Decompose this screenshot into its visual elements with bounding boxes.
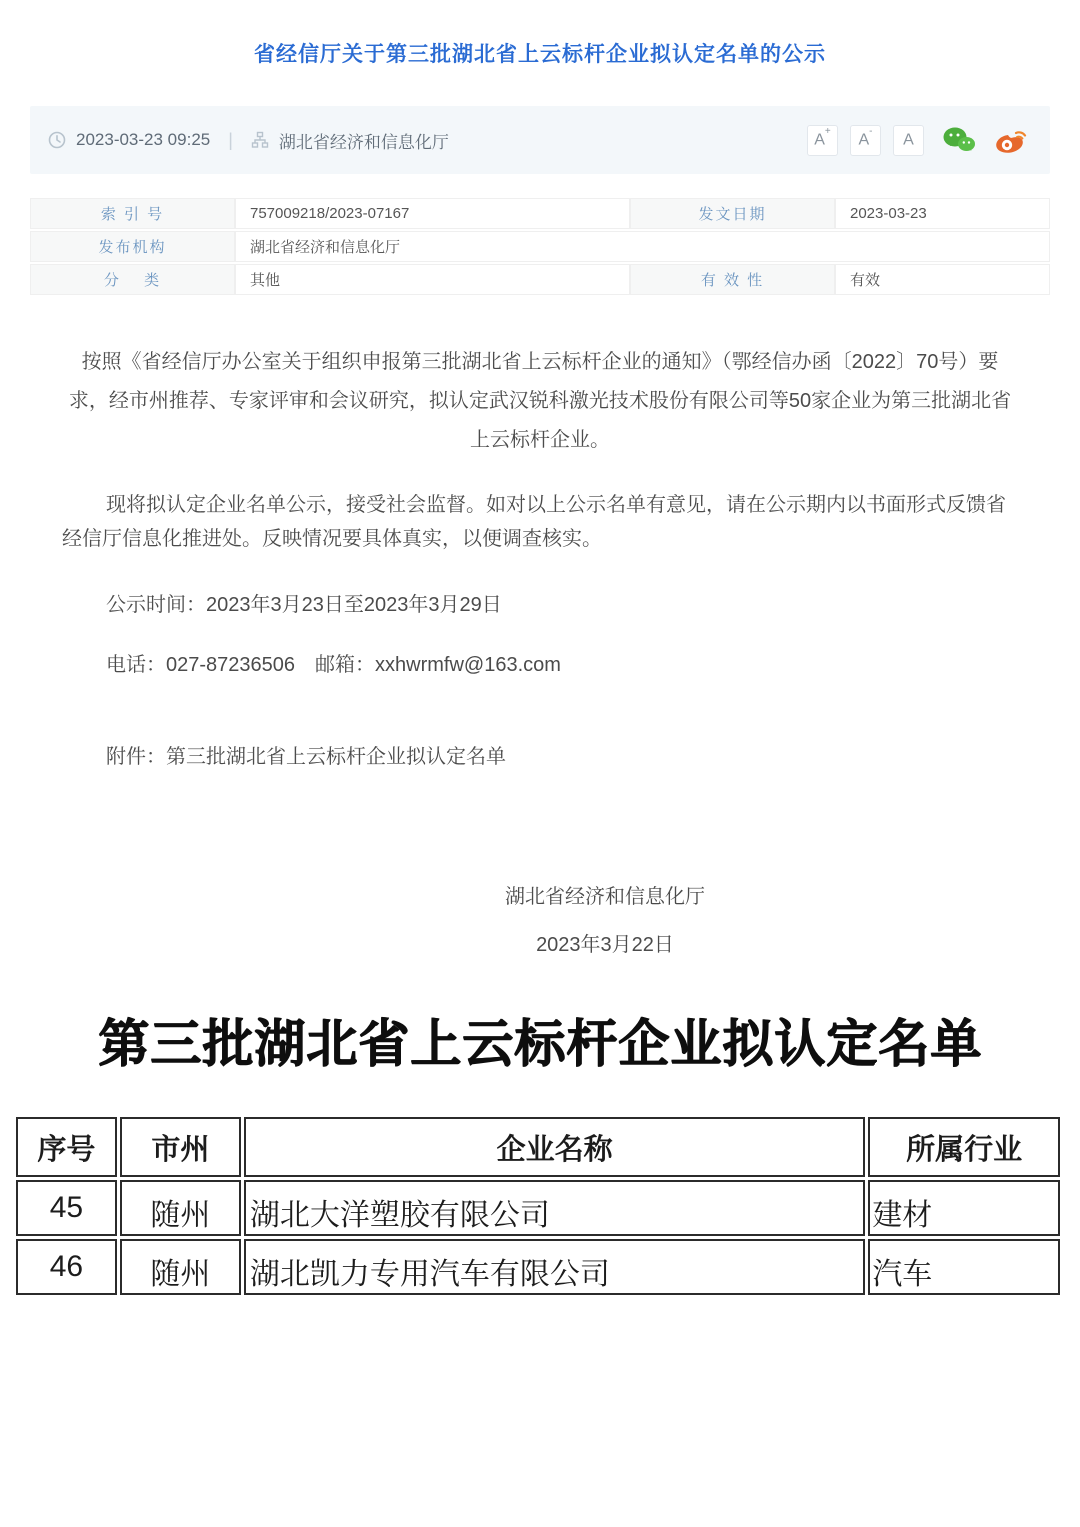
contact-line: 电话：027-87236506 邮箱：xxhwrmfw@163.com bbox=[62, 648, 1018, 682]
info-row-index: 索 引 号 757009218/2023-07167 发文日期 2023-03-… bbox=[30, 198, 1050, 229]
document-info-table: 索 引 号 757009218/2023-07167 发文日期 2023-03-… bbox=[30, 196, 1050, 297]
issuer-label: 发布机构 bbox=[30, 231, 235, 262]
cell-seq: 46 bbox=[16, 1239, 117, 1295]
cell-industry: 建材 bbox=[868, 1180, 1060, 1236]
signature-organization: 湖北省经济和信息化厅 bbox=[192, 882, 1018, 912]
source-organization: 湖北省经济和信息化厅 bbox=[279, 128, 449, 153]
publicity-period-line: 公示时间：2023年3月23日至2023年3月29日 bbox=[62, 588, 1018, 622]
column-header-seq: 序号 bbox=[16, 1117, 117, 1177]
wechat-share-icon[interactable] bbox=[942, 125, 976, 155]
publish-datetime: 2023-03-23 09:25 bbox=[76, 130, 210, 150]
enterprise-list-table: 序号 市州 企业名称 所属行业 45 随州 湖北大洋塑胶有限公司 建材 46 随… bbox=[13, 1114, 1063, 1298]
meta-actions: A+ A- A bbox=[807, 125, 1028, 156]
attachment-title: 第三批湖北省上云标杆企业拟认定名单 bbox=[0, 1002, 1080, 1076]
issue-date-label: 发文日期 bbox=[630, 198, 835, 229]
table-header-row: 序号 市州 企业名称 所属行业 bbox=[16, 1117, 1060, 1177]
cell-seq: 45 bbox=[16, 1180, 117, 1236]
category-value: 其他 bbox=[235, 264, 630, 295]
font-size-increase-button[interactable]: A+ bbox=[807, 125, 838, 156]
validity-label: 有 效 性 bbox=[630, 264, 835, 295]
signature-date: 2023年3月22日 bbox=[192, 930, 1018, 960]
issue-date-value: 2023-03-23 bbox=[835, 198, 1050, 229]
signature-block: 湖北省经济和信息化厅 2023年3月22日 bbox=[62, 882, 1018, 960]
cell-city: 随州 bbox=[120, 1180, 241, 1236]
paragraph-basis: 按照《省经信厅办公室关于组织申报第三批湖北省上云标杆企业的通知》（鄂经信办函〔2… bbox=[62, 343, 1018, 460]
notice-page: 省经信厅关于第三批湖北省上云标杆企业拟认定名单的公示 2023-03-23 09… bbox=[0, 0, 1080, 1527]
index-number-label: 索 引 号 bbox=[30, 198, 235, 229]
font-size-decrease-button[interactable]: A- bbox=[850, 125, 881, 156]
table-row: 45 随州 湖北大洋塑胶有限公司 建材 bbox=[16, 1180, 1060, 1236]
notice-body: 按照《省经信厅办公室关于组织申报第三批湖北省上云标杆企业的通知》（鄂经信办函〔2… bbox=[0, 343, 1080, 960]
cell-industry: 汽车 bbox=[868, 1239, 1060, 1295]
index-number-value: 757009218/2023-07167 bbox=[235, 198, 630, 229]
cell-company: 湖北凯力专用汽车有限公司 bbox=[244, 1239, 865, 1295]
page-title: 省经信厅关于第三批湖北省上云标杆企业拟认定名单的公示 bbox=[0, 0, 1080, 68]
info-row-category: 分 类 其他 有 效 性 有效 bbox=[30, 264, 1050, 295]
column-header-company: 企业名称 bbox=[244, 1117, 865, 1177]
organization-icon bbox=[251, 131, 269, 149]
weibo-share-icon[interactable] bbox=[994, 125, 1028, 155]
meta-info: 2023-03-23 09:25 | 湖北省经济和信息化厅 bbox=[48, 128, 449, 153]
cell-company: 湖北大洋塑胶有限公司 bbox=[244, 1180, 865, 1236]
column-header-city: 市州 bbox=[120, 1117, 241, 1177]
category-label: 分 类 bbox=[30, 264, 235, 295]
validity-value: 有效 bbox=[835, 264, 1050, 295]
meta-divider: | bbox=[228, 130, 233, 151]
paragraph-feedback: 现将拟认定企业名单公示，接受社会监督。如对以上公示名单有意见，请在公示期内以书面… bbox=[62, 488, 1018, 556]
cell-city: 随州 bbox=[120, 1239, 241, 1295]
font-size-reset-button[interactable]: A bbox=[893, 125, 924, 156]
info-row-issuer: 发布机构 湖北省经济和信息化厅 bbox=[30, 231, 1050, 262]
attachment-line: 附件：第三批湖北省上云标杆企业拟认定名单 bbox=[62, 740, 1018, 774]
issuer-value: 湖北省经济和信息化厅 bbox=[235, 231, 1050, 262]
meta-bar: 2023-03-23 09:25 | 湖北省经济和信息化厅 A+ A- A bbox=[30, 106, 1050, 174]
clock-icon bbox=[48, 131, 66, 149]
column-header-industry: 所属行业 bbox=[868, 1117, 1060, 1177]
table-row: 46 随州 湖北凯力专用汽车有限公司 汽车 bbox=[16, 1239, 1060, 1295]
